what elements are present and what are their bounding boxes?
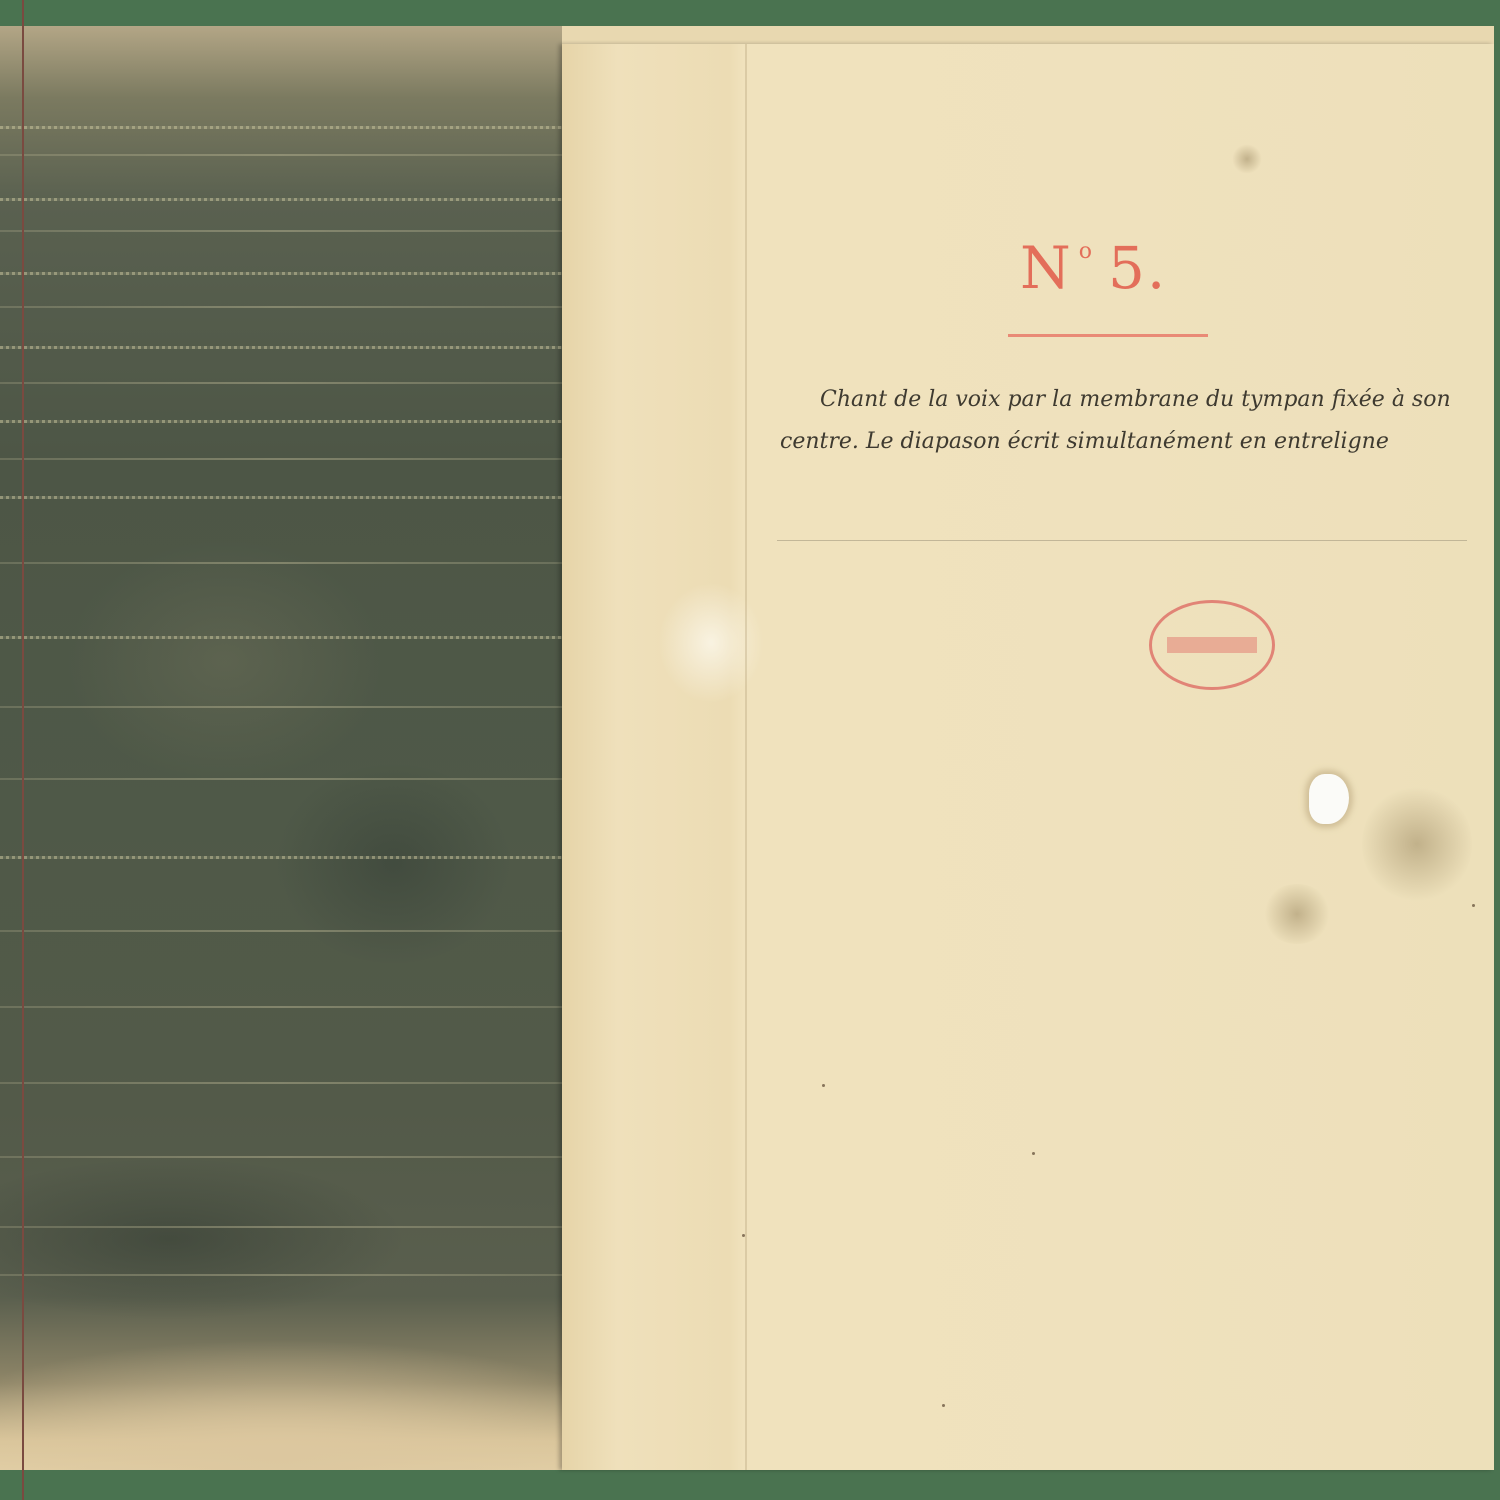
trace-line (0, 1156, 562, 1158)
trace-line (0, 496, 562, 499)
paper-hole (1309, 774, 1349, 824)
trace-line (0, 562, 562, 564)
page-number-value: 5. (1108, 234, 1167, 302)
trace-line (0, 126, 562, 129)
speck (822, 1084, 825, 1087)
fold-line (745, 44, 747, 1470)
speck (1472, 904, 1475, 907)
library-stamp (1149, 600, 1275, 690)
stain (1362, 784, 1472, 904)
page-number-sup: o (1079, 239, 1094, 264)
stamp-label (1167, 637, 1257, 653)
margin-rule (22, 0, 24, 1500)
trace-line (0, 856, 562, 859)
speck (742, 1234, 745, 1237)
handwritten-caption: Chant de la voix par la membrane du tymp… (780, 379, 1470, 463)
trace-line (0, 1082, 562, 1084)
trace-line (0, 420, 562, 423)
trace-line (0, 230, 562, 232)
trace-line (0, 306, 562, 308)
trace-line (0, 346, 562, 349)
trace-line (0, 930, 562, 932)
page-number: No5. (1020, 234, 1167, 302)
trace-line (0, 706, 562, 708)
panel-inscription (60, 1271, 480, 1331)
trace-recording-panel (0, 26, 562, 1470)
trace-line (0, 778, 562, 780)
stain (1262, 884, 1332, 944)
page-number-prefix: N (1020, 234, 1073, 302)
trace-line (0, 1006, 562, 1008)
panel-shading (0, 26, 562, 1470)
trace-line (0, 154, 562, 156)
trace-line (0, 272, 562, 275)
trace-line (0, 636, 562, 639)
page-number-underline (1008, 334, 1208, 337)
caption-rule (777, 540, 1467, 541)
stain (1232, 144, 1262, 174)
trace-line (0, 1226, 562, 1228)
speck (1032, 1152, 1035, 1155)
manuscript-page: No5. Chant de la voix par la membrane du… (562, 44, 1494, 1470)
scanned-sheet: No5. Chant de la voix par la membrane du… (0, 26, 1494, 1470)
trace-line (0, 198, 562, 201)
trace-line (0, 382, 562, 384)
speck (942, 1404, 945, 1407)
trace-line (0, 458, 562, 460)
